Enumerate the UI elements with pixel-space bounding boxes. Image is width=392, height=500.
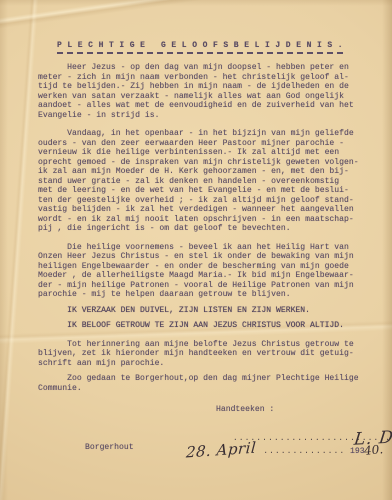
handwritten-date: 28. April	[185, 438, 256, 461]
text-line: Moeder , de allerheiligste Maagd Maria.-…	[38, 271, 362, 281]
paragraph-baptism-vows: Heer Jezus - op den dag van mijn doopsel…	[38, 63, 362, 120]
text-line: oprecht gemoed - de inspraken van mijn c…	[38, 158, 362, 168]
text-line: IK VERZAAK DEN DUIVEL, ZIJN LISTEN EN ZI…	[38, 306, 362, 316]
text-line: aandoet - alles wat met de eenvoudigheid…	[38, 101, 362, 111]
text-line: Heer Jezus - op den dag van mijn doopsel…	[38, 63, 362, 73]
text-line: pij , die ingericht is - om dat geloof t…	[38, 224, 362, 234]
text-line: stand uwer gratie - zal ik denken en han…	[38, 177, 362, 187]
document-body: P L E C H T I G E G E L O O F S B E L I …	[38, 34, 362, 473]
text-line: blijven, zet ik hieronder mijn handteeke…	[38, 349, 362, 359]
document-title: P L E C H T I G E G E L O O F S B E L I …	[57, 41, 343, 54]
place-name: Borgerhout	[85, 443, 134, 452]
text-line: Vandaag, in het openbaar - in het bijzij…	[38, 129, 362, 139]
title-row: P L E C H T I G E G E L O O F S B E L I …	[38, 34, 362, 54]
text-line: Communie.	[38, 384, 362, 394]
text-line: schrift aan mijn parochie.	[38, 359, 362, 369]
text-line: ouders - van den zeer eerwaarden Heer Pa…	[38, 139, 362, 149]
text-line: ik zal aan mijn Moeder de H. Kerk gehoor…	[38, 167, 362, 177]
text-line: heiligen Engelbewaarder - en onder de be…	[38, 262, 362, 272]
handwritten-year: 40.	[364, 442, 384, 458]
date-dotted-line: ..............	[263, 447, 345, 456]
text-line: Tot herinnering aan mijne belofte Jezus …	[38, 340, 362, 350]
scanned-document-page: P L E C H T I G E G E L O O F S B E L I …	[0, 0, 392, 500]
text-line: Die heilige voornemens - beveel ik aan h…	[38, 243, 362, 253]
text-line: wordt - en ik zal mij nooit laten opschr…	[38, 215, 362, 225]
paragraph-remembrance: Tot herinnering aan mijne belofte Jezus …	[38, 340, 362, 369]
text-line: met de leering - en de wet van het Evang…	[38, 186, 362, 196]
text-line: vernieuw ik die heilige verbintenissen.-…	[38, 148, 362, 158]
text-line: Zoo gedaan te Borgerhout,op den dag mijn…	[38, 374, 362, 384]
text-line: Onzen Heer Jezus Christus - en stel ik o…	[38, 252, 362, 262]
text-line: ten der geestelijke overheid ; - ik zal …	[38, 196, 362, 206]
text-line: meter - zich in mijn naam verbonden - he…	[38, 73, 362, 83]
paragraph-renewal: Vandaag, in het openbaar - in het bijzij…	[38, 129, 362, 234]
text-line: vastig belijden - ik zal het verdedigen …	[38, 205, 362, 215]
text-line: IK BELOOF GETROUW TE ZIJN AAN JEZUS CHRI…	[38, 321, 362, 331]
vow-line-promise: IK BELOOF GETROUW TE ZIJN AAN JEZUS CHRI…	[38, 321, 362, 331]
text-line: tijd te belijden.- Zij hebben in mijn na…	[38, 82, 362, 92]
signature-label: Handteeken :	[216, 405, 274, 414]
paragraph-closing: Zoo gedaan te Borgerhout,op den dag mijn…	[38, 374, 362, 393]
vow-line-renounce: IK VERZAAK DEN DUIVEL, ZIJN LISTEN EN ZI…	[38, 306, 362, 316]
text-line: Evangelie - in strijd is.	[38, 111, 362, 121]
signature-block: Handteeken : ...........................…	[38, 403, 362, 473]
paragraph-dedication: Die heilige voornemens - beveel ik aan h…	[38, 243, 362, 300]
text-line: werken van satan verzaakt - namelijk all…	[38, 92, 362, 102]
text-line: der - mijn heilige Patronen - vooral de …	[38, 281, 362, 291]
date-row: 28. April .............. 193 40.	[186, 441, 384, 459]
typed-year-prefix: 193	[350, 447, 365, 456]
text-line: parochie - mij te helpen daaraan getrouw…	[38, 290, 362, 300]
